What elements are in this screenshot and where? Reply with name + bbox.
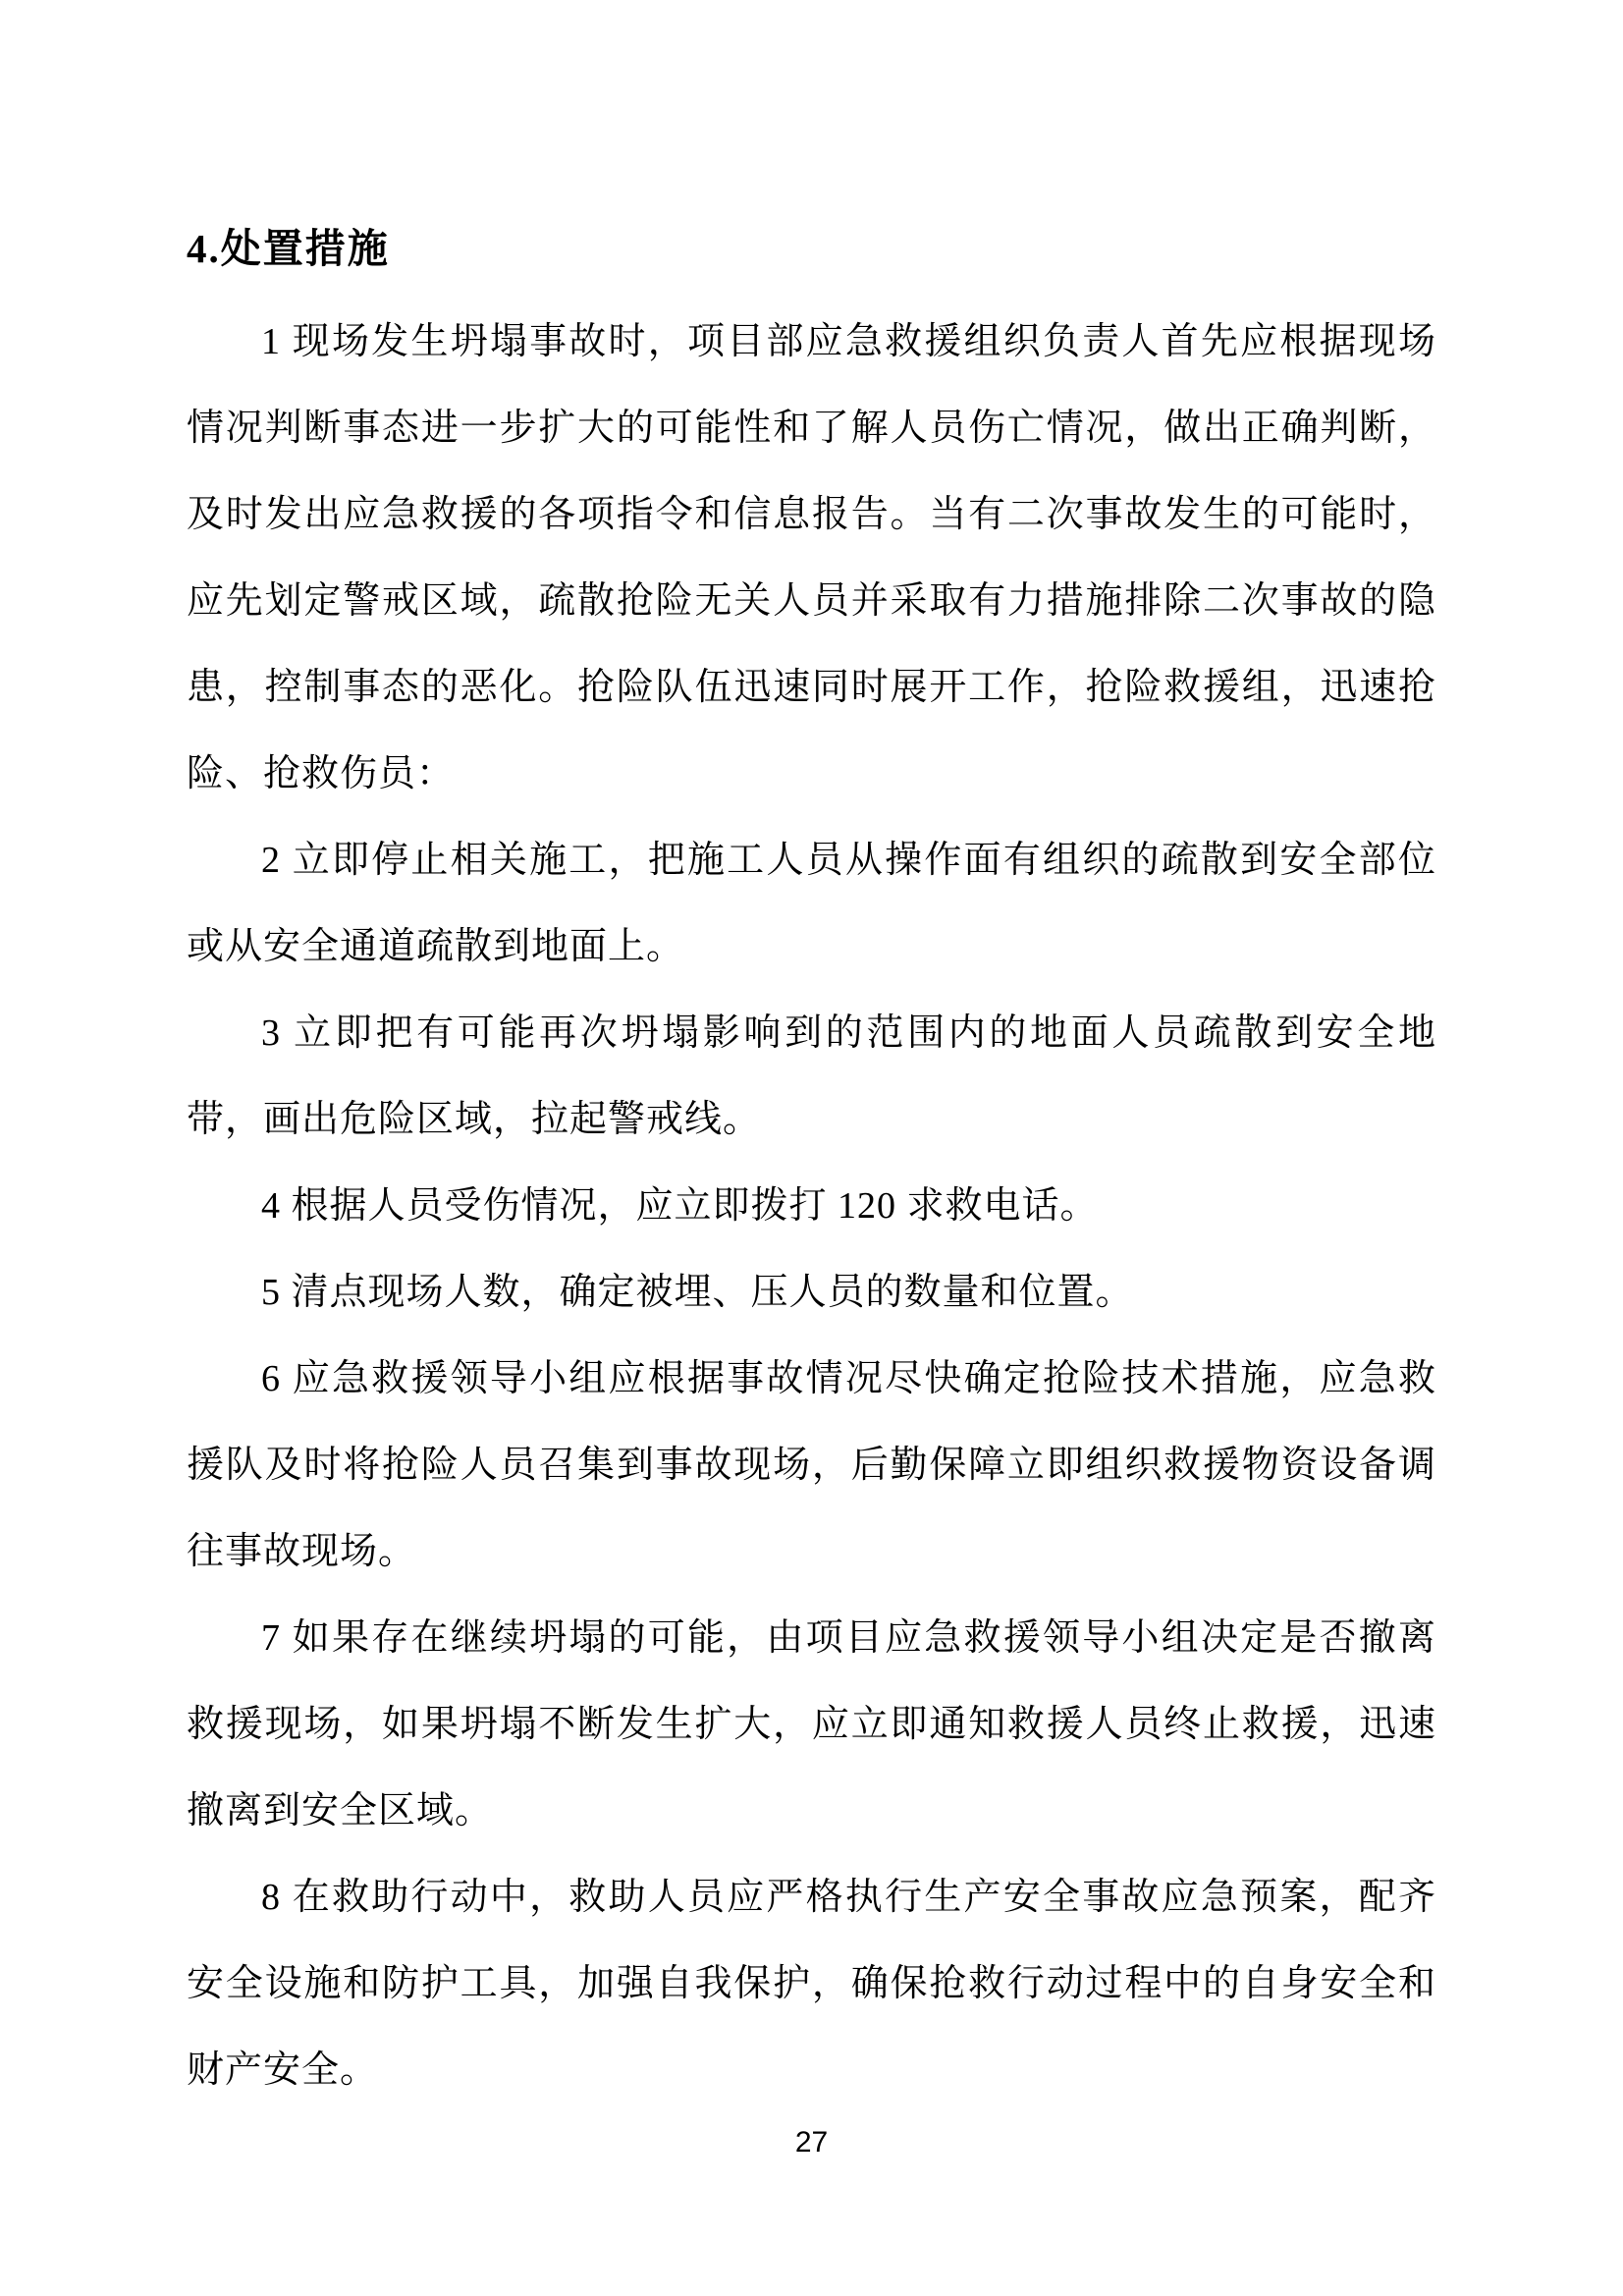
page-number: 27 — [0, 2126, 1623, 2159]
document-page: 4.处置措施 1 现场发生坍塌事故时，项目部应急救援组织负责人首先应根据现场情况… — [0, 0, 1623, 2296]
paragraph: 1 现场发生坍塌事故时，项目部应急救援组织负责人首先应根据现场情况判断事态进一步… — [187, 299, 1436, 817]
paragraph: 7 如果存在继续坍塌的可能，由项目应急救援领导小组决定是否撤离救援现场，如果坍塌… — [187, 1595, 1436, 1854]
paragraph: 6 应急救援领导小组应根据事故情况尽快确定抢险技术措施，应急救援队及时将抢险人员… — [187, 1336, 1436, 1595]
paragraph: 8 在救助行动中，救助人员应严格执行生产安全事故应急预案，配齐安全设施和防护工具… — [187, 1854, 1436, 2113]
paragraph: 5 清点现场人数，确定被埋、压人员的数量和位置。 — [187, 1249, 1436, 1336]
paragraph: 2 立即停止相关施工，把施工人员从操作面有组织的疏散到安全部位或从安全通道疏散到… — [187, 817, 1436, 990]
paragraph: 3 立即把有可能再次坍塌影响到的范围内的地面人员疏散到安全地带，画出危险区域，拉… — [187, 990, 1436, 1163]
paragraph: 4 根据人员受伤情况，应立即拨打 120 求救电话。 — [187, 1163, 1436, 1249]
text-content: 4.处置措施 1 现场发生坍塌事故时，项目部应急救援组织负责人首先应根据现场情况… — [187, 214, 1436, 2113]
section-heading: 4.处置措施 — [187, 214, 1436, 283]
